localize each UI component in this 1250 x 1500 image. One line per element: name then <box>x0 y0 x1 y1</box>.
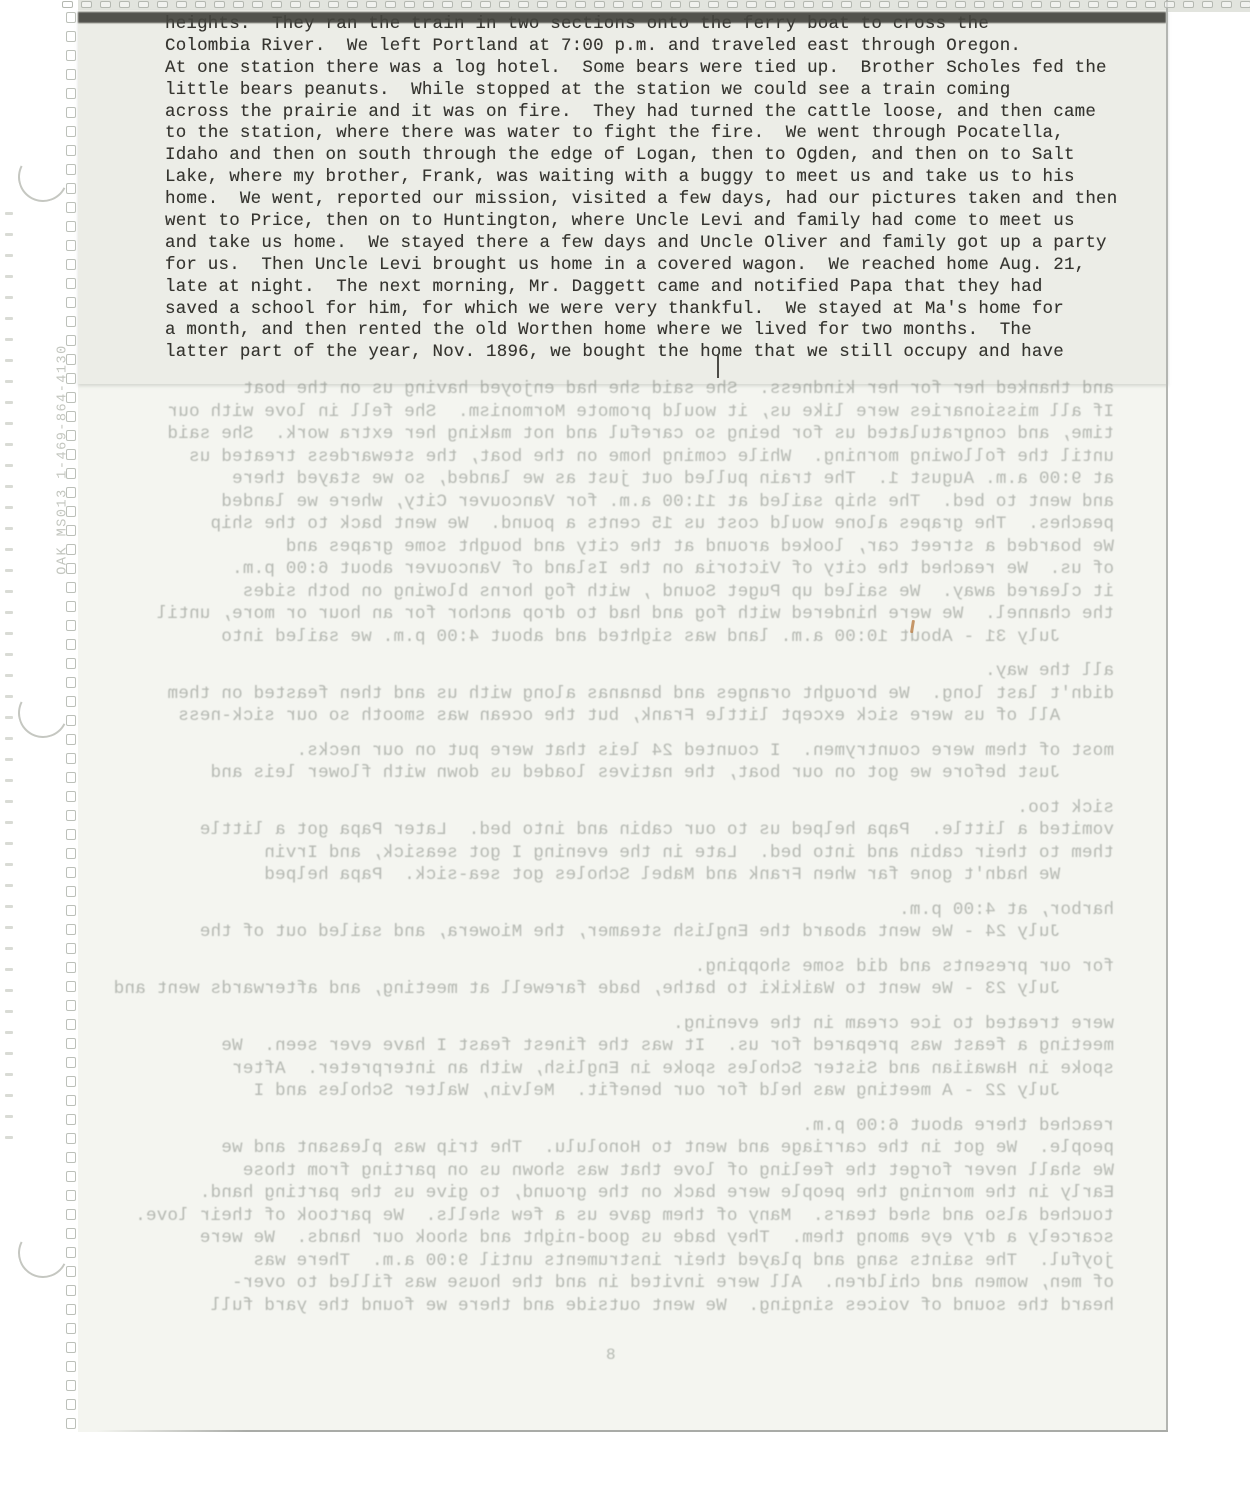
copy-edge-dash <box>5 422 13 425</box>
text-line <box>92 1002 1114 1014</box>
perforation-mark <box>841 1 852 8</box>
perforation-mark <box>66 487 76 498</box>
perforation-mark <box>66 753 76 764</box>
perforation-mark <box>993 1 1004 8</box>
perforation-mark <box>879 1 890 8</box>
perforation-mark <box>1145 1 1156 8</box>
text-line: spoke in Hawaiian and Sister Scholes spo… <box>92 1059 1114 1082</box>
bleedthrough-text-block: and thanked her for her kindness. She sa… <box>92 379 1162 1318</box>
copy-edge-dash <box>5 1052 13 1055</box>
copy-edge-dash <box>5 380 13 383</box>
perforation-mark <box>66 468 76 479</box>
perforation-mark <box>66 31 76 42</box>
perforation-mark <box>66 1019 76 1030</box>
perforation-mark <box>66 506 76 517</box>
perforation-mark <box>66 392 76 403</box>
text-line: at 9:00 a.m. August 1. The train pulled … <box>92 469 1114 492</box>
perforation-mark <box>66 563 76 574</box>
perforation-mark <box>670 1 681 8</box>
perforation-mark <box>66 962 76 973</box>
perforation-mark <box>1240 1 1250 8</box>
perforation-mark <box>66 601 76 612</box>
text-line: We boarded a street car, looked around a… <box>92 537 1114 560</box>
perforation-mark <box>727 1 738 8</box>
copy-edge-dash <box>5 401 13 404</box>
text-line: of us. We reached the city of Victoria o… <box>92 559 1114 582</box>
perforation-mark <box>66 791 76 802</box>
copy-edge-dash <box>5 1010 13 1013</box>
perforation-mark <box>613 1 624 8</box>
perforation-mark <box>66 1133 76 1144</box>
copy-edge-dash <box>5 737 13 740</box>
perforation-mark <box>1183 1 1194 8</box>
perforation-mark <box>66 981 76 992</box>
perforation-mark <box>746 1 757 8</box>
binder-hole-arc <box>11 145 74 208</box>
perforation-mark <box>1164 1 1175 8</box>
text-line: time, and congratulated us for being so … <box>92 424 1114 447</box>
perforation-mark <box>66 1076 76 1087</box>
copy-edge-dash <box>5 716 13 719</box>
perforation-mark <box>66 69 76 80</box>
perforation-mark <box>632 1 643 8</box>
text-line: vomited a little. Papa helped us to our … <box>92 820 1114 843</box>
perforation-mark <box>66 772 76 783</box>
copy-edge-dash <box>5 359 13 362</box>
text-line: sick too. <box>92 798 1114 821</box>
text-line: reached there about 6:00 p.m. <box>92 1116 1114 1139</box>
perforation-mark <box>66 905 76 916</box>
text-line: We shall never forget the feeling of lov… <box>92 1161 1114 1184</box>
text-line: all the way. <box>92 661 1114 684</box>
copy-edge-dash <box>5 926 13 929</box>
perforation-mark <box>575 1 586 8</box>
text-line: joyful. The saints sang and played their… <box>92 1251 1114 1274</box>
text-line: late at night. The next morning, Mr. Dag… <box>165 277 1145 299</box>
perforation-mark <box>233 1 244 8</box>
copy-edge-dash <box>5 884 13 887</box>
scan-shadow-band <box>78 12 1166 23</box>
text-line: If all missionaries were like us, it wou… <box>92 402 1114 425</box>
perforation-mark <box>917 1 928 8</box>
text-line: We hadn't gone far when Frank and Mabel … <box>92 865 1114 888</box>
text-line: At one station there was a log hotel. So… <box>165 58 1145 80</box>
perforation-mark <box>66 620 76 631</box>
perforation-mark <box>860 1 871 8</box>
perforation-mark <box>66 848 76 859</box>
text-line: home. We went, reported our mission, vis… <box>165 189 1145 211</box>
perforation-mark <box>1012 1 1023 8</box>
perforation-mark <box>290 1 301 8</box>
perforation-mark <box>66 1361 76 1372</box>
perforation-mark <box>309 1 320 8</box>
text-line: to the station, where there was water to… <box>165 123 1145 145</box>
perforation-mark <box>66 411 76 422</box>
copy-edge-dash <box>5 338 13 341</box>
text-line: it cleared away. We sailed up Puget Soun… <box>92 582 1114 605</box>
copy-edge-dash <box>5 653 13 656</box>
text-line: latter part of the year, Nov. 1896, we b… <box>165 342 1145 364</box>
copy-edge-dash <box>5 989 13 992</box>
perforation-mark <box>1050 1 1061 8</box>
text-line: harbor, at 4:00 p.m. <box>92 900 1114 923</box>
perforation-mark <box>138 1 149 8</box>
text-line: heard the sound of voices singing. We we… <box>92 1296 1114 1319</box>
text-line: the channel. We were hindered with fog a… <box>92 604 1114 627</box>
copy-edge-dash <box>5 527 13 530</box>
perforation-mark <box>66 107 76 118</box>
text-line: Early in the morning the people were bac… <box>92 1183 1114 1206</box>
text-line: July 23 - We went to Waikiki to bathe, b… <box>92 979 1114 1002</box>
scan-stroke-artifact <box>717 354 719 378</box>
copy-edge-dash <box>5 1136 13 1139</box>
text-line <box>92 729 1114 741</box>
copy-edge-dash <box>5 212 13 215</box>
perforation-mark <box>66 430 76 441</box>
copy-edge-dash <box>5 758 13 761</box>
copy-edge-dash <box>5 905 13 908</box>
text-line <box>92 945 1114 957</box>
perforation-mark <box>66 1380 76 1391</box>
perforation-mark <box>119 1 130 8</box>
text-line: All of us were sick except little Frank,… <box>92 706 1114 729</box>
perforation-mark <box>62 1 73 8</box>
perforation-mark <box>1107 1 1118 8</box>
scanned-document-screenshot: { "document": { "kind": "scanned typewri… <box>0 0 1250 1500</box>
text-line <box>92 1104 1114 1116</box>
copy-edge-dash <box>5 1115 13 1118</box>
copy-edge-dash <box>5 317 13 320</box>
perforation-mark <box>442 1 453 8</box>
perforation-mark <box>651 1 662 8</box>
perforation-mark <box>347 1 358 8</box>
perforation-mark <box>556 1 567 8</box>
text-line: most of them were countrymen. I counted … <box>92 741 1114 764</box>
perforation-mark <box>66 126 76 137</box>
copy-edge-dash <box>5 506 13 509</box>
copy-edge-dash <box>5 821 13 824</box>
text-line <box>92 786 1114 798</box>
perforation-mark <box>955 1 966 8</box>
copy-edge-dash <box>5 968 13 971</box>
text-line: Idaho and then on south through the edge… <box>165 145 1145 167</box>
perforation-mark <box>66 1247 76 1258</box>
perforation-mark <box>66 316 76 327</box>
perforation-mark <box>66 1000 76 1011</box>
perforation-mark <box>66 525 76 536</box>
perforation-mark <box>66 1323 76 1334</box>
copy-edge-dash <box>5 632 13 635</box>
copy-edge-dash <box>5 611 13 614</box>
text-line: July 31 - About 10:00 a.m. land was sigh… <box>92 627 1114 650</box>
perforation-mark <box>66 145 76 156</box>
perforation-mark <box>66 164 76 175</box>
copy-edge-dash <box>5 443 13 446</box>
text-line: went to Price, then on to Huntington, wh… <box>165 211 1145 233</box>
copy-edge-dash <box>5 1094 13 1097</box>
typed-text-block: heights. They ran the train in two secti… <box>165 14 1145 364</box>
perforation-mark <box>66 582 76 593</box>
perforation-mark <box>366 1 377 8</box>
perforation-mark <box>66 1304 76 1315</box>
perforation-mark <box>1126 1 1137 8</box>
perforation-mark <box>66 715 76 726</box>
perforation-mark <box>936 1 947 8</box>
copy-edge-dash <box>5 548 13 551</box>
perforation-mark <box>66 734 76 745</box>
perforation-mark <box>66 1057 76 1068</box>
copy-edge-dash <box>5 485 13 488</box>
perforation-mark <box>66 544 76 555</box>
copy-edge-dash <box>5 779 13 782</box>
perforation-mark <box>66 449 76 460</box>
text-line <box>92 649 1114 661</box>
perforation-mark <box>66 1342 76 1353</box>
perforation-mark <box>66 221 76 232</box>
perforation-mark <box>271 1 282 8</box>
perforation-mark <box>537 1 548 8</box>
perforation-mark <box>594 1 605 8</box>
text-line: Lake, where my brother, Frank, was waiti… <box>165 167 1145 189</box>
perforation-mark <box>66 1209 76 1220</box>
perforation-mark <box>66 1152 76 1163</box>
copy-edge-dash <box>5 296 13 299</box>
copy-edge-dash <box>5 842 13 845</box>
perforation-mark <box>784 1 795 8</box>
copy-edge-dash <box>5 1073 13 1076</box>
copy-edge-dash <box>5 254 13 257</box>
copy-edge-dash <box>5 674 13 677</box>
page-right-edge <box>1166 0 1168 1432</box>
perforation-mark <box>66 658 76 669</box>
copy-edge-dash <box>5 590 13 593</box>
perforation-mark <box>195 1 206 8</box>
perforation-mark <box>176 1 187 8</box>
text-line: for our presents and did some shopping. <box>92 957 1114 980</box>
perforation-mark <box>404 1 415 8</box>
text-line: didn't last long. We brought oranges and… <box>92 684 1114 707</box>
perforation-mark <box>66 297 76 308</box>
perforation-mark <box>66 924 76 935</box>
copy-edge-dash <box>5 569 13 572</box>
text-line: people. We got in the carriage and went … <box>92 1138 1114 1161</box>
perforation-mark <box>66 259 76 270</box>
perforation-mark <box>385 1 396 8</box>
perforation-mark <box>66 354 76 365</box>
perforation-mark <box>1221 1 1232 8</box>
text-line: a month, and then rented the old Worthen… <box>165 320 1145 342</box>
perforation-mark <box>66 50 76 61</box>
text-line: saved a school for him, for which we wer… <box>165 299 1145 321</box>
copy-edge-dash <box>5 233 13 236</box>
perforation-mark <box>1069 1 1080 8</box>
text-line: and thanked her for her kindness. She sa… <box>92 379 1114 402</box>
perforation-mark <box>66 1228 76 1239</box>
perforation-mark <box>974 1 985 8</box>
perforation-mark <box>822 1 833 8</box>
perforation-mark <box>499 1 510 8</box>
perforation-mark <box>765 1 776 8</box>
perforation-mark <box>66 373 76 384</box>
perforation-mark <box>66 696 76 707</box>
perforation-mark <box>66 1418 76 1429</box>
text-line: July 24 - We went aboard the English ste… <box>92 922 1114 945</box>
perforation-mark <box>328 1 339 8</box>
perforation-mark <box>803 1 814 8</box>
text-line: meeting a feast was prepared for us. It … <box>92 1036 1114 1059</box>
copy-edge-dash <box>5 800 13 803</box>
copy-edge-dash <box>5 863 13 866</box>
perforation-mark <box>708 1 719 8</box>
text-line: and take us home. We stayed there a few … <box>165 233 1145 255</box>
perforation-mark <box>66 829 76 840</box>
text-line: for us. Then Uncle Levi brought us home … <box>165 255 1145 277</box>
copy-edge-dash <box>5 1031 13 1034</box>
perforation-mark <box>66 1399 76 1410</box>
perforation-mark <box>66 335 76 346</box>
perforation-mark <box>66 1171 76 1182</box>
text-line: and went to bed. The ship sailed at 11:0… <box>92 492 1114 515</box>
perforation-mark <box>66 202 76 213</box>
perforation-mark <box>1088 1 1099 8</box>
perforation-mark <box>66 1095 76 1106</box>
perforation-mark <box>66 1285 76 1296</box>
perforation-mark <box>157 1 168 8</box>
perforation-mark <box>214 1 225 8</box>
perforation-mark <box>66 867 76 878</box>
perforation-mark <box>81 1 92 8</box>
perforation-mark <box>66 183 76 194</box>
text-line: July 22 - A meeting was held for our ben… <box>92 1081 1114 1104</box>
text-line <box>92 888 1114 900</box>
text-line: of men, women and children. All were inv… <box>92 1273 1114 1296</box>
perforation-mark <box>1031 1 1042 8</box>
text-line: Colombia River. We left Portland at 7:00… <box>165 36 1145 58</box>
perforation-mark <box>480 1 491 8</box>
perforation-mark <box>66 1114 76 1125</box>
perforation-mark <box>100 1 111 8</box>
text-line: touched also and shed tears. Many of the… <box>92 1206 1114 1229</box>
perforation-mark <box>518 1 529 8</box>
text-line: until the following morning. While comin… <box>92 447 1114 470</box>
text-line: scarcely a dry eye among them. They bade… <box>92 1228 1114 1251</box>
text-line: little bears peanuts. While stopped at t… <box>165 80 1145 102</box>
text-line: across the prairie and it was on fire. T… <box>165 102 1145 124</box>
perforation-mark <box>66 278 76 289</box>
perforation-mark <box>66 1190 76 1201</box>
copy-edge-dash <box>5 695 13 698</box>
perforation-mark <box>66 639 76 650</box>
text-line: peaches. The grapes alone would cost us … <box>92 514 1114 537</box>
text-line: them to their cabin and into bed. Late i… <box>92 843 1114 866</box>
perforation-mark <box>66 886 76 897</box>
bleedthrough-page-number: 8 <box>606 1346 616 1364</box>
perforation-mark <box>66 240 76 251</box>
copy-edge-dash <box>5 275 13 278</box>
perforation-mark <box>66 677 76 688</box>
perforation-mark <box>1202 1 1213 8</box>
page-bottom-edge <box>96 1430 1168 1432</box>
copy-edge-dash <box>5 464 13 467</box>
copy-edge-dash <box>5 947 13 950</box>
perforation-mark <box>423 1 434 8</box>
perforation-mark <box>66 88 76 99</box>
perforation-mark <box>66 12 76 23</box>
text-line: were treated to ice cream in the evening… <box>92 1014 1114 1037</box>
perforation-mark <box>66 810 76 821</box>
text-line: Just before we got on our boat, the nati… <box>92 763 1114 786</box>
perforation-mark <box>66 1266 76 1277</box>
perforation-mark <box>898 1 909 8</box>
perforation-mark <box>461 1 472 8</box>
perforation-mark <box>66 1038 76 1049</box>
perforation-mark <box>252 1 263 8</box>
perforation-mark <box>66 943 76 954</box>
perforation-mark <box>689 1 700 8</box>
